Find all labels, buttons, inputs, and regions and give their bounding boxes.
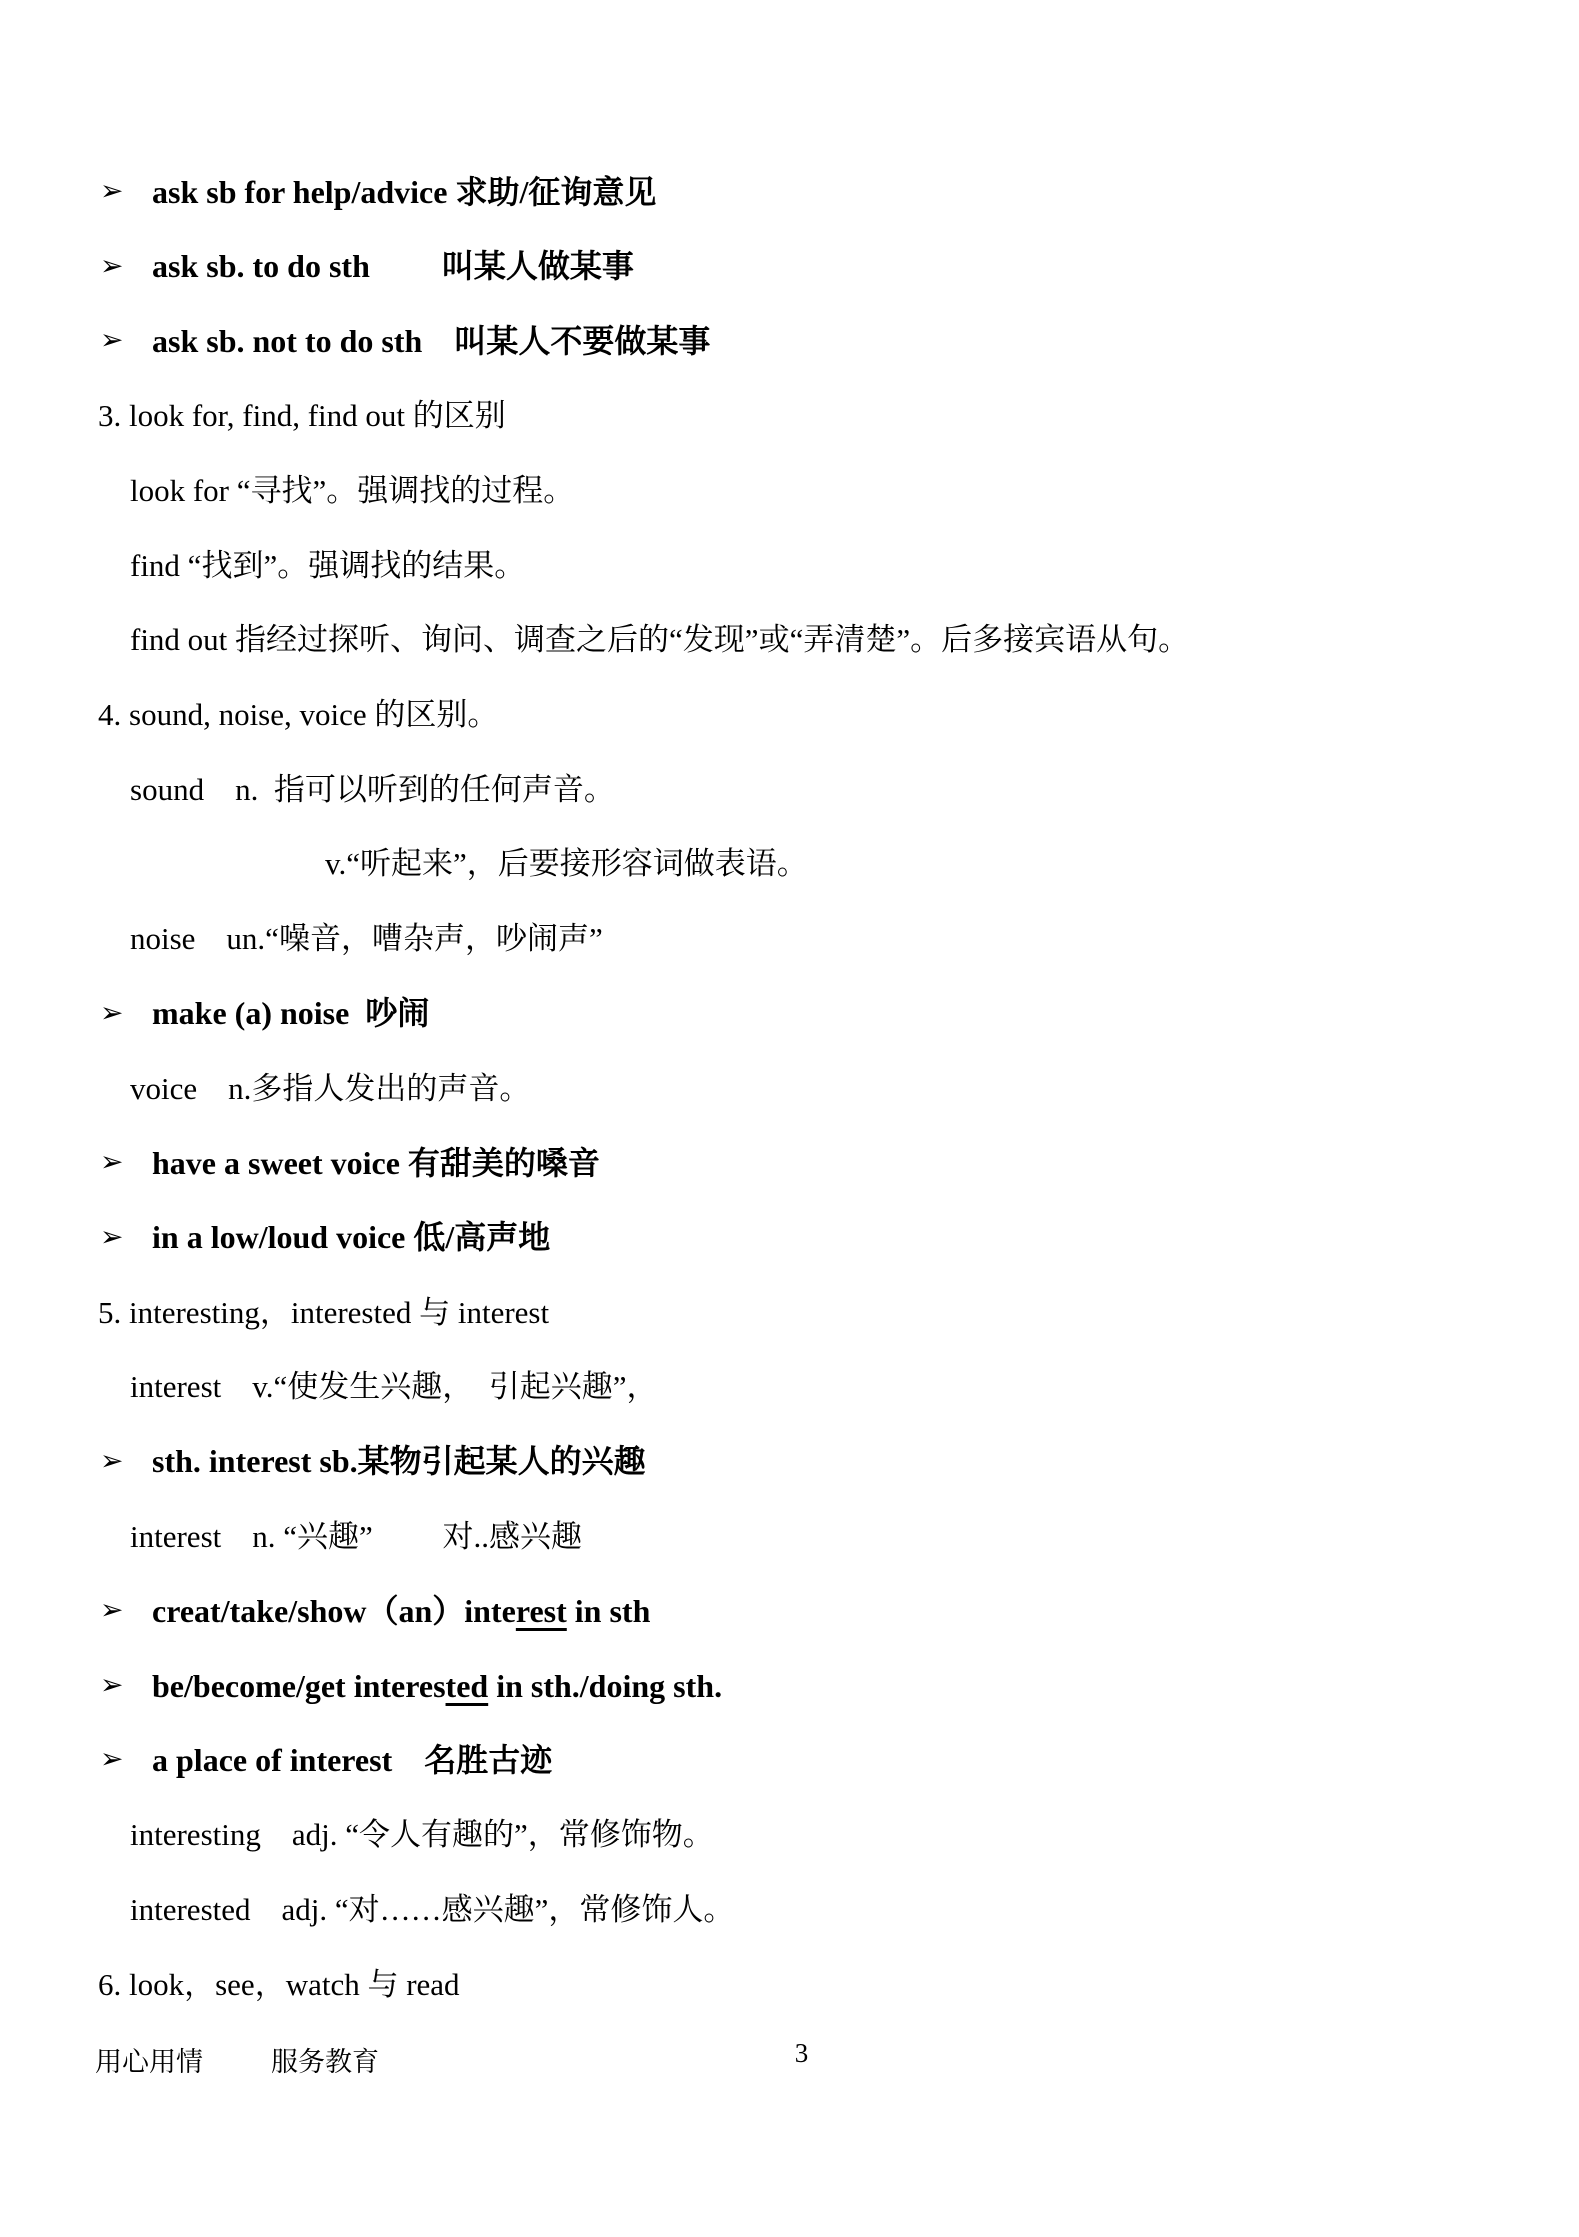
doc-line: find “找到”。强调找的结果。	[0, 528, 1579, 603]
text-segment: ask sb. to do sth 叫某人做某事	[152, 249, 634, 284]
text-segment: in sth	[567, 1594, 651, 1629]
text-segment: voice n.多指人发出的声音。	[130, 1072, 530, 1106]
text-segment: in sth./doing sth.	[488, 1669, 722, 1704]
document-body: ➢ ask sb for help/advice 求助/征询意见 ➢ ask s…	[0, 0, 1579, 2022]
doc-line: 5. interesting，interested 与 interest	[0, 1275, 1579, 1350]
text-segment: look for “寻找”。强调找的过程。	[130, 474, 574, 508]
text-segment: find “找到”。强调找的结果。	[130, 549, 525, 583]
text-segment: 4. sound, noise, voice 的区别。	[98, 698, 498, 732]
arrow-bullet-icon: ➢	[100, 998, 152, 1029]
arrow-bullet-icon: ➢	[100, 1446, 152, 1477]
doc-line: noise un.“噪音，嘈杂声，吵闹声”	[0, 902, 1579, 977]
text-segment: noise un.“噪音，嘈杂声，吵闹声”	[130, 922, 603, 956]
doc-line: look for “寻找”。强调找的过程。	[0, 454, 1579, 529]
doc-line: find out 指经过探听、询问、调查之后的“发现”或“弄清楚”。后多接宾语从…	[0, 603, 1579, 678]
text-segment: ask sb. not to do sth 叫某人不要做某事	[152, 324, 710, 359]
doc-line: 6. look，see，watch 与 read	[0, 1948, 1579, 2023]
doc-line: voice n.多指人发出的声音。	[0, 1051, 1579, 1126]
text-segment: interest v.“使发生兴趣， 引起兴趣”，	[130, 1370, 658, 1404]
doc-line: ➢ ask sb for help/advice 求助/征询意见	[0, 155, 1579, 230]
text-segment: a place of interest 名胜古迹	[152, 1743, 552, 1778]
text-segment: 6. look，see，watch 与 read	[98, 1968, 460, 2002]
text-segment: rest	[516, 1594, 567, 1629]
doc-line: interest v.“使发生兴趣， 引起兴趣”，	[0, 1350, 1579, 1425]
doc-line: interest n. “兴趣” 对..感兴趣	[0, 1499, 1579, 1574]
doc-line: ➢ have a sweet voice 有甜美的嗓音	[0, 1126, 1579, 1201]
arrow-bullet-icon: ➢	[100, 1147, 152, 1178]
arrow-bullet-icon: ➢	[100, 325, 152, 356]
doc-line: ➢ ask sb. not to do sth 叫某人不要做某事	[0, 304, 1579, 379]
text-segment: interest n. “兴趣” 对..感兴趣	[130, 1520, 582, 1554]
arrow-bullet-icon: ➢	[100, 1595, 152, 1626]
arrow-bullet-icon: ➢	[100, 1222, 152, 1253]
text-segment: interested adj. “对……感兴趣”，常修饰人。	[130, 1893, 734, 1927]
doc-line: interesting adj. “令人有趣的”，常修饰物。	[0, 1798, 1579, 1873]
doc-line: sound n. 指可以听到的任何声音。	[0, 753, 1579, 828]
text-segment: creat/take/show（an）inte	[152, 1594, 516, 1629]
text-segment: be/become/get interes	[152, 1669, 446, 1704]
doc-line: ➢ sth. interest sb.某物引起某人的兴趣	[0, 1425, 1579, 1500]
doc-line: v.“听起来”，后要接形容词做表语。	[0, 827, 1579, 902]
text-segment: sth. interest sb.某物引起某人的兴趣	[152, 1444, 646, 1479]
doc-line: 4. sound, noise, voice 的区别。	[0, 678, 1579, 753]
arrow-bullet-icon: ➢	[100, 1744, 152, 1775]
document-page: ➢ ask sb for help/advice 求助/征询意见 ➢ ask s…	[0, 0, 1579, 2237]
text-segment: make (a) noise 吵闹	[152, 996, 429, 1031]
doc-line: interested adj. “对……感兴趣”，常修饰人。	[0, 1873, 1579, 1948]
doc-line: ➢ ask sb. to do sth 叫某人做某事	[0, 230, 1579, 305]
text-segment: find out 指经过探听、询问、调查之后的“发现”或“弄清楚”。后多接宾语从…	[130, 623, 1189, 657]
text-segment: ted	[446, 1669, 489, 1704]
page-number: 3	[0, 2038, 1579, 2069]
text-segment: ask sb for help/advice 求助/征询意见	[152, 175, 656, 210]
doc-line: ➢ in a low/loud voice 低/高声地	[0, 1201, 1579, 1276]
arrow-bullet-icon: ➢	[100, 1670, 152, 1701]
arrow-bullet-icon: ➢	[100, 176, 152, 207]
doc-line: ➢ make (a) noise 吵闹	[0, 977, 1579, 1052]
text-segment: have a sweet voice 有甜美的嗓音	[152, 1146, 600, 1181]
text-segment: sound n. 指可以听到的任何声音。	[130, 773, 615, 807]
doc-line: ➢ creat/take/show（an）interest in sth	[0, 1574, 1579, 1649]
text-segment: in a low/loud voice 低/高声地	[152, 1220, 550, 1255]
text-segment: v.“听起来”，后要接形容词做表语。	[325, 847, 808, 881]
doc-line: ➢ a place of interest 名胜古迹	[0, 1723, 1579, 1798]
text-segment: 5. interesting，interested 与 interest	[98, 1296, 549, 1330]
text-segment: interesting adj. “令人有趣的”，常修饰物。	[130, 1818, 714, 1852]
doc-line: 3. look for, find, find out 的区别	[0, 379, 1579, 454]
text-segment: 3. look for, find, find out 的区别	[98, 399, 506, 433]
doc-line: ➢ be/become/get interested in sth./doing…	[0, 1649, 1579, 1724]
arrow-bullet-icon: ➢	[100, 251, 152, 282]
